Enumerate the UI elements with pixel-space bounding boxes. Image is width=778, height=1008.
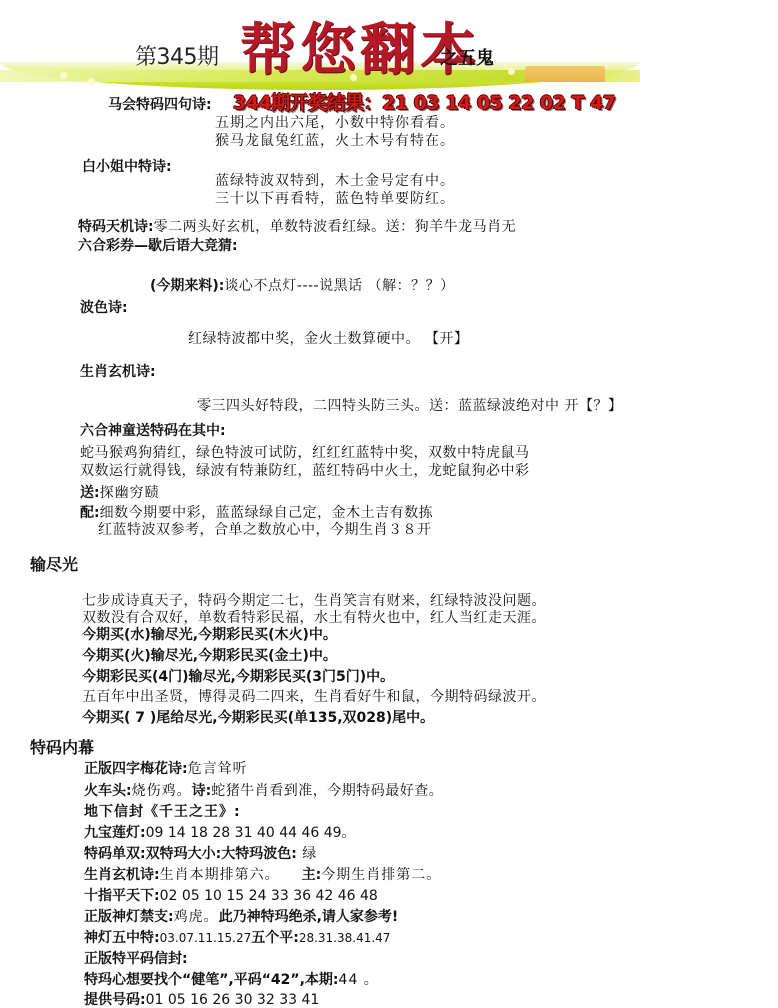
lose-all-title: 输尽光 bbox=[30, 552, 78, 575]
banner-dot bbox=[60, 72, 67, 79]
lamp-ban-label: 正版神灯禁支: bbox=[84, 909, 174, 925]
lose-all-line: 今期买(水)输尽光,今期彩民买(木火)中。 bbox=[82, 624, 337, 644]
train-text: 烧伤鸡。 bbox=[132, 783, 192, 799]
flat-envelope-label: 正版特平码信封: bbox=[84, 948, 188, 968]
ten-fingers-numbers: 02 05 10 15 24 33 36 42 46 48 bbox=[160, 888, 378, 904]
plum-label: 正版四字梅花诗: bbox=[84, 761, 188, 777]
provided-numbers: 01 05 16 26 30 32 33 41 bbox=[146, 992, 320, 1008]
wave-label: 特玛波色: bbox=[235, 846, 297, 862]
envelope-label: 地下信封《千王之王》: bbox=[84, 801, 241, 821]
lose-all-line: 五百年中出圣贤，博得灵码二四来，生肖看好牛和鼠，今期特码绿波开。 bbox=[82, 686, 546, 706]
issue-label: 第345期 bbox=[135, 40, 219, 71]
match-line: 红蓝特波双参考，合单之数放心中，今期生肖３８开 bbox=[98, 519, 432, 539]
size-label: 特玛大小: bbox=[160, 846, 222, 862]
lose-all-line: 今期彩民买(4门)输尽光,今期彩民买(3门5门)中。 bbox=[82, 666, 394, 686]
miss-bai-line: 蓝绿特波双特到，木土金号定有中。 bbox=[215, 170, 455, 190]
size-value: 大 bbox=[221, 846, 235, 862]
miss-bai-line: 三十以下再看特，蓝色特单要防红。 bbox=[215, 188, 455, 208]
zodiac-rank-label: 生肖玄机诗: bbox=[84, 867, 160, 883]
zodiac-rank-row: 生肖玄机诗:生肖本期排第六。主:今期生肖排第二。 bbox=[84, 864, 441, 884]
wave-poem-text: 红绿特波都中奖，金火土数算硬中。 【开】 bbox=[188, 328, 468, 348]
heart-value: 44 。 bbox=[339, 972, 379, 988]
wave-poem-label: 波色诗: bbox=[80, 297, 128, 317]
provided-row: 提供号码:01 05 16 26 30 32 33 41 bbox=[84, 989, 319, 1008]
divine-child-line: 双数运行就得钱，绿波有特兼防红，蓝红特码中火土，龙蛇鼠狗必中彩 bbox=[80, 460, 530, 480]
lose-all-line: 今期买( 7 )尾给尽光,今期彩民买(单135,双028)尾中。 bbox=[82, 707, 434, 727]
odd-even-label: 特码单双: bbox=[84, 846, 146, 862]
heart-row: 特玛心想要找个“健笔”,平码“42”,本期:44 。 bbox=[84, 969, 379, 989]
riddle-source-label: (今期来料): bbox=[150, 278, 224, 294]
match-label: 配: bbox=[80, 505, 100, 521]
heart-label: 特玛心想要找个“健笔”,平码“42”,本期: bbox=[84, 972, 339, 988]
lamp-ban-note: 此乃神特玛绝杀,请人家参考! bbox=[219, 909, 399, 925]
tianji-label: 特码天机诗: bbox=[78, 219, 154, 235]
riddle-label: 六合彩券—歇后语大竞猜: bbox=[78, 235, 238, 255]
train-label: 火车头: bbox=[84, 783, 132, 799]
ten-fingers-row: 十指平天下:02 05 10 15 24 33 36 42 46 48 bbox=[84, 885, 378, 905]
lamp-five-label: 神灯五中特: bbox=[84, 930, 160, 946]
lotus-row: 九宝莲灯:09 14 18 28 31 40 44 46 49。 bbox=[84, 822, 356, 842]
lotus-label: 九宝莲灯: bbox=[84, 825, 146, 841]
last-result: 344期开奖结果：21 03 14 05 22 02 T 47 bbox=[233, 88, 616, 115]
miss-bai-label: 白小姐中特诗: bbox=[82, 156, 172, 176]
plum-text: 危言耸听 bbox=[188, 761, 248, 777]
divine-child-line: 蛇马猴鸡狗猜红，绿色特波可试防，红红红蓝特中奖，双数中特虎鼠马 bbox=[80, 442, 530, 462]
poem-four-lines-label: 马会特码四句诗: bbox=[108, 94, 212, 114]
lose-all-line: 今期买(火)输尽光,今期彩民买(金土)中。 bbox=[82, 645, 337, 665]
banner-dot bbox=[508, 68, 515, 75]
lamp-five-numbers: 03.07.11.15.27 bbox=[160, 931, 252, 945]
riddle-text: 谈心不点灯----说黑话 （解：？？） bbox=[224, 278, 454, 294]
banner-house-decoration bbox=[525, 66, 605, 82]
zodiac-main-label: 主: bbox=[302, 867, 322, 883]
tianji-text: 零二两头好玄机，单数特波看红绿。送：狗羊牛龙马肖无 bbox=[154, 219, 517, 235]
riddle-row: (今期来料):谈心不点灯----说黑话 （解：？？） bbox=[150, 275, 455, 295]
tianji-row: 特码天机诗:零二两头好玄机，单数特波看红绿。送：狗羊牛龙马肖无 bbox=[78, 216, 516, 236]
train-row: 火车头:烧伤鸡。诗:蛇猪牛肖看到准，今期特码最好查。 bbox=[84, 780, 443, 800]
zodiac-rank-text: 生肖本期排第六。 bbox=[160, 867, 280, 883]
divine-child-send-row: 送:探幽穷赜 bbox=[80, 482, 160, 502]
five-flat-label: 五个平: bbox=[251, 930, 299, 946]
lotus-numbers: 09 14 18 28 31 40 44 46 49。 bbox=[146, 825, 356, 841]
train-poem: 蛇猪牛肖看到准，今期特码最好查。 bbox=[211, 783, 443, 799]
five-flat-numbers: 28.31.38.41.47 bbox=[299, 931, 391, 945]
poem-line: 猴马龙鼠兔红蓝，火土木号有特在。 bbox=[215, 130, 455, 150]
divine-child-label: 六合神童送特码在其中: bbox=[80, 420, 226, 440]
ten-fingers-label: 十指平天下: bbox=[84, 888, 160, 904]
send-text: 探幽穷赜 bbox=[100, 485, 160, 501]
poem-line: 五期之内出六尾，小数中特你看看。 bbox=[215, 112, 455, 132]
zodiac-poem-label: 生肖玄机诗: bbox=[80, 361, 156, 381]
banner-dot bbox=[88, 78, 95, 85]
train-poem-label: 诗: bbox=[192, 783, 212, 799]
lamp-five-row: 神灯五中特:03.07.11.15.27五个平:28.31.38.41.47 bbox=[84, 927, 390, 947]
send-label: 送: bbox=[80, 485, 100, 501]
provided-label: 提供号码: bbox=[84, 992, 146, 1008]
plum-poem-row: 正版四字梅花诗:危言耸听 bbox=[84, 758, 248, 778]
lamp-ban-row: 正版神灯禁支:鸡虎。此乃神特玛绝杀,请人家参考! bbox=[84, 906, 398, 926]
wave-value: 绿 bbox=[297, 846, 317, 862]
brand-subtitle: 之五鬼 bbox=[440, 44, 494, 70]
insider-title: 特码内幕 bbox=[30, 735, 94, 758]
zodiac-poem-text: 零三四头好特段，二四特头防三头。送：蓝蓝绿波绝对中 开【？】 bbox=[197, 395, 622, 415]
odd-even-value: 双 bbox=[146, 846, 160, 862]
zodiac-main-text: 今期生肖排第二。 bbox=[321, 867, 441, 883]
lamp-ban-value: 鸡虎。 bbox=[174, 909, 219, 925]
header-banner: 第345期 帮您翻本 之五鬼 bbox=[0, 0, 778, 92]
odd-even-row: 特码单双:双特玛大小:大特玛波色: 绿 bbox=[84, 843, 317, 863]
